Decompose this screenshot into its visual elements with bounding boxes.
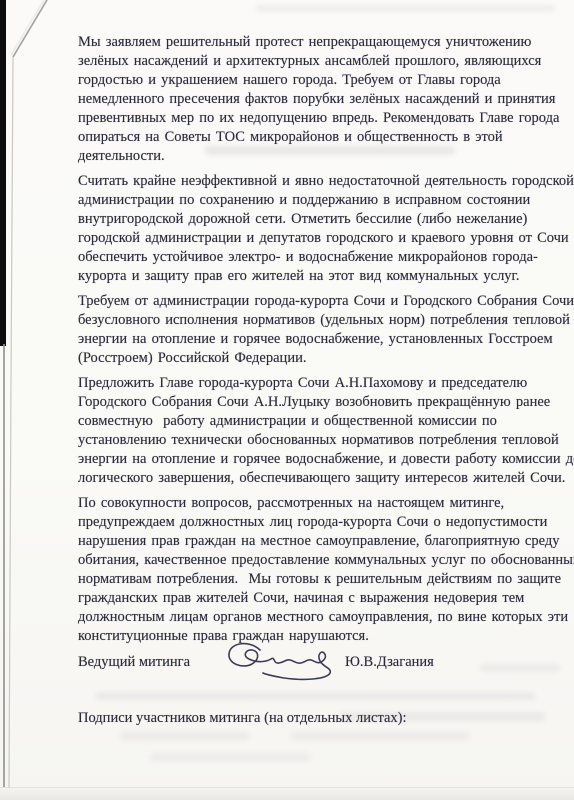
paragraph: Требуем от администрации города-курорта …: [78, 292, 556, 368]
signature-role-label: Ведущий митинга: [78, 654, 190, 671]
bleedthrough-smudge: [150, 753, 310, 761]
handwritten-signature: [222, 636, 342, 688]
text-line: логического завершения, обеспечивающего …: [78, 469, 556, 488]
text-line: должностным лицам органов местного самоу…: [78, 608, 556, 627]
scan-edge-bar: [0, 0, 6, 346]
paragraph: Предложить Главе города-курорта Сочи А.Н…: [78, 374, 556, 488]
text-line: энергии на отопление и горячее водоснабж…: [78, 450, 556, 469]
text-line: гордостью и украшением нашего города. Тр…: [78, 71, 556, 90]
document-body: Мы заявляем решительный протест непрекра…: [78, 33, 556, 652]
text-line: Городского Собрания Сочи А.Н.Луцыку возо…: [78, 393, 556, 412]
text-line: зелёных насаждений и архитектурных ансам…: [78, 52, 556, 71]
text-line: курорта и защиту прав его жителей на это…: [78, 267, 556, 286]
text-line: гражданских прав жителей Сочи, начиная с…: [78, 589, 556, 608]
scanned-page: Мы заявляем решительный протест непрекра…: [0, 0, 574, 800]
text-line: нарушения прав граждан на местное самоуп…: [78, 532, 556, 551]
text-line: немедленного пресечения фактов порубки з…: [78, 90, 556, 109]
bleedthrough-smudge: [480, 664, 560, 672]
text-line: опираться на Советы ТОС микрорайонов и о…: [78, 128, 556, 147]
bleedthrough-smudge: [340, 712, 545, 721]
scan-edge-line: [3, 344, 5, 790]
text-line: Мы заявляем решительный протест непрекра…: [78, 33, 556, 52]
text-line: администрации по сохранению и поддержани…: [78, 191, 556, 210]
signature-name: Ю.В.Дзагания: [345, 654, 434, 671]
text-line: городской администрации и депутатов горо…: [78, 229, 556, 248]
text-line: (Росстроем) Российской Федерации.: [78, 349, 556, 368]
text-line: нормативам потребления. Мы готовы к реши…: [78, 570, 556, 589]
text-line: энергии на отопление и горячее водоснабж…: [78, 330, 556, 349]
scan-bottom-strip: [0, 787, 574, 800]
text-line: обитания, качественное предоставление ко…: [78, 551, 556, 570]
bleedthrough-smudge: [255, 5, 555, 12]
paragraph: По совокупности вопросов, рассмотренных …: [78, 494, 556, 646]
bleedthrough-smudge: [290, 732, 470, 740]
signature-row: Ведущий митинга Ю.В.Дзагания: [78, 652, 556, 692]
text-line: установлению технически обоснованных нор…: [78, 431, 556, 450]
bleedthrough-smudge: [95, 692, 535, 700]
text-line: безусловного исполнения нормативов (удел…: [78, 311, 556, 330]
text-line: Требуем от администрации города-курорта …: [78, 292, 556, 311]
text-line: По совокупности вопросов, рассмотренных …: [78, 494, 556, 513]
text-line: совместную работу администрации и общест…: [78, 412, 556, 431]
text-line: превентивных мер по их недопущению впред…: [78, 109, 556, 128]
text-line: предупреждаем должностных лиц города-кур…: [78, 513, 556, 532]
paragraph: Считать крайне неэффективной и явно недо…: [78, 172, 556, 286]
text-line: Считать крайне неэффективной и явно недо…: [78, 172, 556, 191]
text-line: обеспечить устойчивое электро- и водосна…: [78, 248, 556, 267]
bleedthrough-smudge: [120, 732, 250, 740]
text-line: внутригородской дорожной сети. Отметить …: [78, 210, 556, 229]
bleedthrough-smudge: [205, 146, 455, 155]
text-line: Предложить Главе города-курорта Сочи А.Н…: [78, 374, 556, 393]
